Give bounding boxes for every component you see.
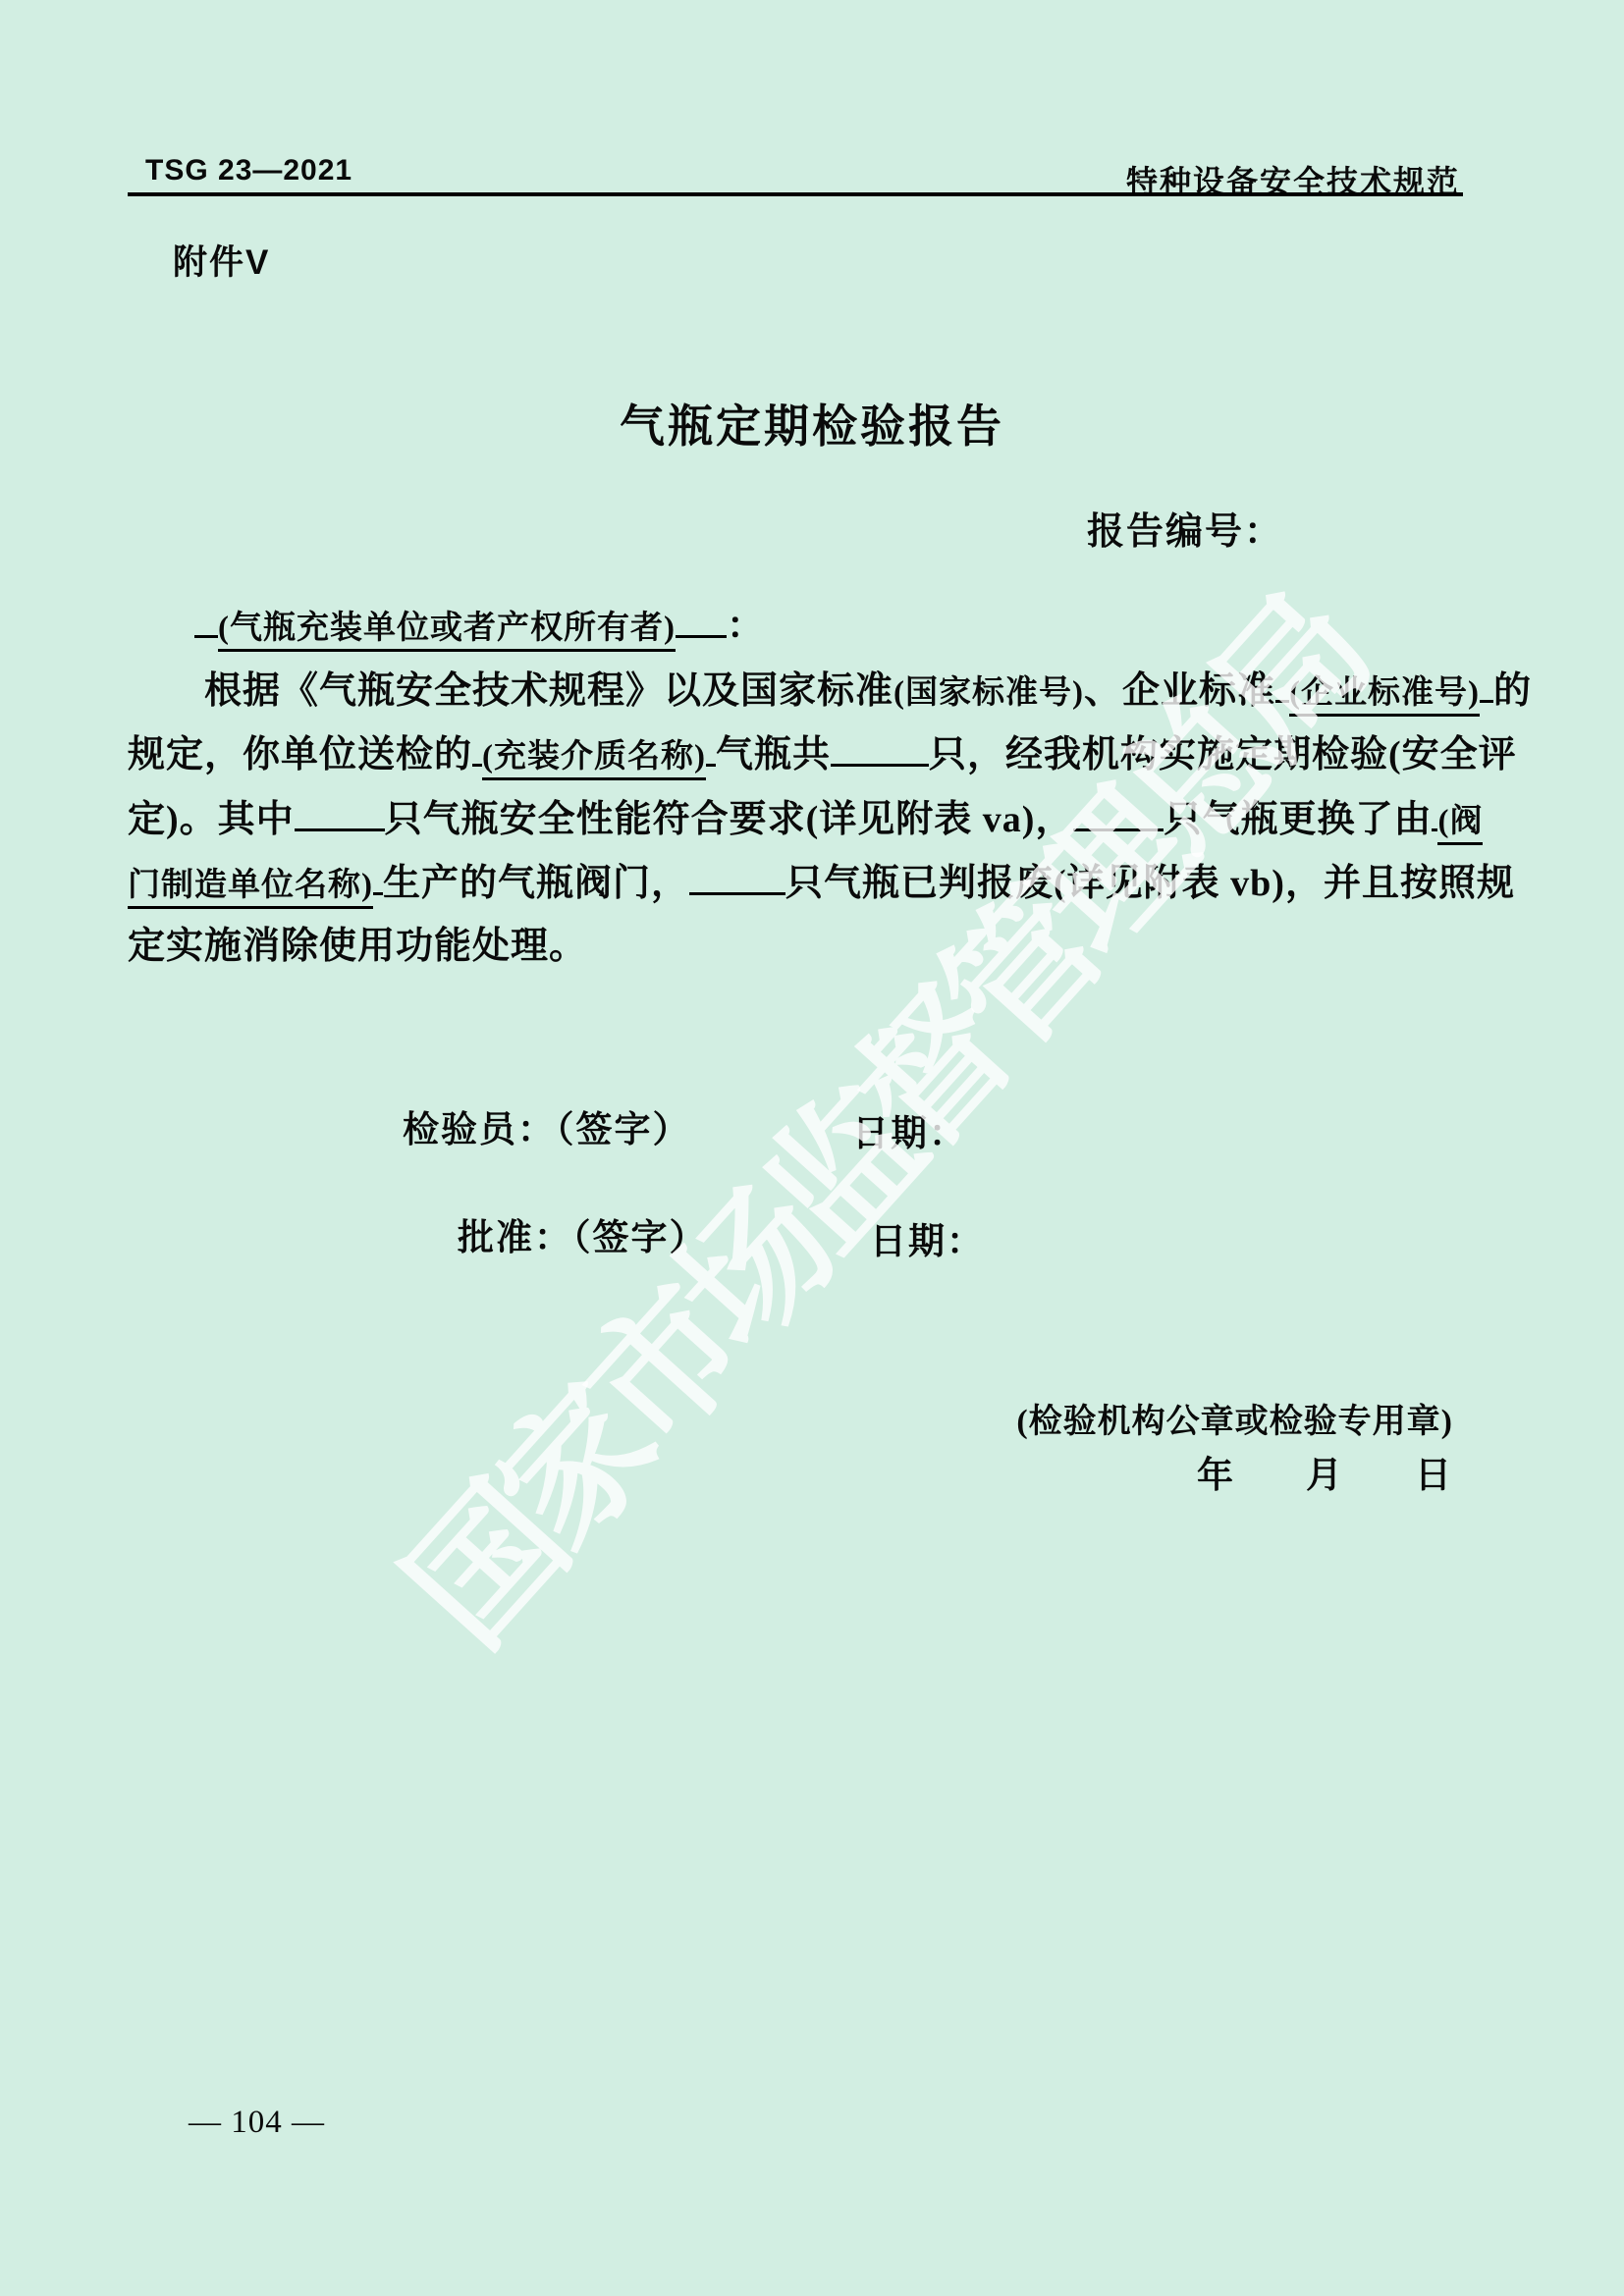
- text-segment: 只气瓶已判报废(详见附表 vb)，并且按照规: [785, 863, 1515, 904]
- stamp-note: (检验机构公章或检验专用章): [1016, 1394, 1453, 1442]
- paragraph-line: (气瓶充装单位或者产权所有者)：: [128, 595, 1467, 660]
- text-segment: 只，经我机构实施定期检验(安全评: [929, 734, 1517, 775]
- text-segment: 定)。其中: [128, 799, 295, 840]
- paragraph-line: 根据《气瓶安全技术规程》以及国家标准(国家标准号)、企业标准(企业标准号)的: [128, 660, 1467, 724]
- inspector-signature-label: 检验员：（签字）: [403, 1099, 691, 1152]
- text-segment: 的: [1493, 670, 1532, 712]
- approver-signature-label: 批准：（签字）: [458, 1207, 708, 1260]
- header-spec-code: TSG 23—2021: [145, 154, 352, 187]
- blank-underline: [706, 723, 716, 767]
- blank-underline: [194, 595, 218, 638]
- blank-underline: [472, 723, 482, 767]
- text-segment: (企业标准号): [1289, 675, 1480, 717]
- stamp-date-line: 年 月 日: [1197, 1445, 1451, 1498]
- blank-underline: [295, 788, 385, 831]
- header-rule: [128, 192, 1463, 196]
- page-title: 气瓶定期检验报告: [620, 391, 1004, 455]
- paragraph-line: 定)。其中只气瓶安全性能符合要求(详见附表 va)，只气瓶更换了由(阀: [128, 788, 1467, 853]
- document-page: TSG 23—2021 特种设备安全技术规范 附件V 气瓶定期检验报告 报告编号…: [0, 0, 1624, 2296]
- text-segment: 只气瓶安全性能符合要求(详见附表 va)，: [385, 799, 1074, 840]
- text-segment: 规定，你单位送检的: [128, 734, 472, 775]
- text-segment: 气瓶共: [716, 734, 831, 775]
- blank-underline: [831, 723, 929, 767]
- blank-underline: [373, 852, 383, 895]
- blank-underline: [1275, 660, 1289, 703]
- body-paragraph: (气瓶充装单位或者产权所有者)：根据《气瓶安全技术规程》以及国家标准(国家标准号…: [128, 595, 1467, 981]
- text-segment: 定实施消除使用功能处理。: [128, 926, 587, 967]
- paragraph-line: 规定，你单位送检的(充装介质名称)气瓶共只，经我机构实施定期检验(安全评: [128, 723, 1467, 788]
- text-segment: (国家标准号): [893, 675, 1084, 711]
- text-segment: 根据《气瓶安全技术规程》以及国家标准: [204, 670, 893, 712]
- report-number-label: 报告编号：: [1087, 501, 1283, 555]
- blank-underline: [689, 852, 785, 895]
- attachment-label: 附件V: [173, 236, 270, 285]
- text-segment: 生产的气瓶阀门，: [383, 863, 689, 904]
- blank-underline: [1073, 788, 1164, 831]
- text-segment: 门制造单位名称): [128, 868, 373, 909]
- paragraph-line: 门制造单位名称)生产的气瓶阀门，只气瓶已判报废(详见附表 vb)，并且按照规: [128, 852, 1467, 917]
- approver-date-label: 日期：: [870, 1211, 985, 1264]
- text-segment: (阀: [1437, 804, 1483, 845]
- text-segment: 只气瓶更换了由: [1164, 799, 1432, 840]
- text-segment: 、企业标准: [1084, 670, 1275, 712]
- blank-underline: [676, 595, 727, 638]
- blank-underline: [1480, 660, 1493, 703]
- text-segment: (充装介质名称): [482, 739, 706, 780]
- text-segment: ：: [727, 606, 765, 647]
- inspector-date-label: 日期：: [852, 1103, 967, 1156]
- page-number: — 104 —: [189, 2105, 325, 2141]
- paragraph-line: 定实施消除使用功能处理。: [128, 917, 1467, 982]
- text-segment: (气瓶充装单位或者产权所有者): [218, 611, 676, 652]
